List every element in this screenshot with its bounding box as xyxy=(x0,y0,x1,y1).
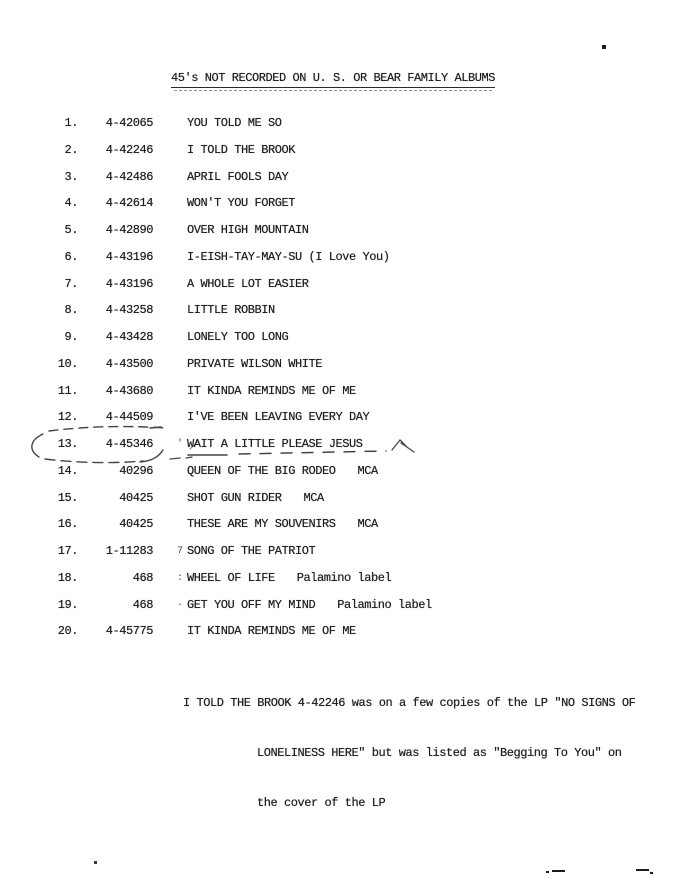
record-row: 18.468:WHEEL OF LIFEPalamino label xyxy=(0,567,678,594)
page-title: 45's NOT RECORDED ON U. S. OR BEAR FAMIL… xyxy=(171,71,495,88)
item-number: 1. xyxy=(0,116,78,139)
song-title: QUEEN OF THE BIG RODEO xyxy=(187,464,336,478)
item-number: 7. xyxy=(0,277,78,300)
catalog-number: 4-44509 xyxy=(78,410,153,433)
item-number: 4. xyxy=(0,196,78,219)
stray-mark: · xyxy=(177,599,183,613)
item-number: 11. xyxy=(0,384,78,407)
record-row: 20.4-45775IT KINDA REMINDS ME OF ME xyxy=(0,620,678,647)
record-list: 1.4-42065YOU TOLD ME SO 2.4-42246I TOLD … xyxy=(0,112,678,647)
catalog-number: 468 xyxy=(78,571,153,594)
song-title: IT KINDA REMINDS ME OF ME xyxy=(187,624,356,638)
song-title: GET YOU OFF MY MIND xyxy=(187,598,315,612)
catalog-number: 4-43258 xyxy=(78,303,153,326)
footnote: I TOLD THE BROOK 4-42246 was on a few co… xyxy=(183,661,635,846)
item-number: 8. xyxy=(0,303,78,326)
scan-artifact-dash xyxy=(636,869,649,871)
label-note: Palamino label xyxy=(297,571,392,585)
catalog-number: 4-45346 xyxy=(78,437,153,460)
catalog-number: 4-43500 xyxy=(78,357,153,380)
song-title: YOU TOLD ME SO xyxy=(187,116,282,130)
label-note: MCA xyxy=(358,517,378,531)
item-number: 13. xyxy=(0,437,78,460)
item-number: 2. xyxy=(0,143,78,166)
catalog-number: 4-45775 xyxy=(78,624,153,647)
catalog-number: 4-43196 xyxy=(78,277,153,300)
item-number: 20. xyxy=(0,624,78,647)
song-title: OVER HIGH MOUNTAIN xyxy=(187,223,309,237)
catalog-number: 4-43680 xyxy=(78,384,153,407)
stray-mark: : xyxy=(177,572,183,586)
catalog-number: 4-42890 xyxy=(78,223,153,246)
scanned-document-page: 45's NOT RECORDED ON U. S. OR BEAR FAMIL… xyxy=(0,0,678,880)
catalog-number: 40425 xyxy=(78,491,153,514)
record-row: 9.4-43428LONELY TOO LONG xyxy=(0,326,678,353)
song-title: WHEEL OF LIFE xyxy=(187,571,275,585)
record-row: 3.4-42486APRIL FOOLS DAY xyxy=(0,166,678,193)
footnote-line: LONELINESS HERE" but was listed as "Begg… xyxy=(183,745,635,762)
footnote-line: I TOLD THE BROOK 4-42246 was on a few co… xyxy=(183,695,635,712)
stray-mark: ' xyxy=(177,438,183,452)
record-row: 17.1-112837SONG OF THE PATRIOT xyxy=(0,540,678,567)
record-row: 2.4-42246I TOLD THE BROOK xyxy=(0,139,678,166)
label-note: MCA xyxy=(358,464,378,478)
title-underline-artifact xyxy=(174,90,492,91)
song-title: I-EISH-TAY-MAY-SU (I Love You) xyxy=(187,250,390,264)
song-title: LONELY TOO LONG xyxy=(187,330,288,344)
song-title: I'VE BEEN LEAVING EVERY DAY xyxy=(187,410,369,424)
song-title: A WHOLE LOT EASIER xyxy=(187,277,309,291)
song-title: SONG OF THE PATRIOT xyxy=(187,544,315,558)
stray-mark: 7 xyxy=(177,545,183,559)
catalog-number: 1-11283 xyxy=(78,544,153,567)
record-row: 19.468·GET YOU OFF MY MINDPalamino label xyxy=(0,594,678,621)
footnote-line: the cover of the LP xyxy=(183,795,635,812)
catalog-number: 4-42246 xyxy=(78,143,153,166)
catalog-number: 40296 xyxy=(78,464,153,487)
record-row: 12.4-44509I'VE BEEN LEAVING EVERY DAY xyxy=(0,406,678,433)
song-title: IT KINDA REMINDS ME OF ME xyxy=(187,384,356,398)
song-title: APRIL FOOLS DAY xyxy=(187,170,288,184)
catalog-number: 4-43196 xyxy=(78,250,153,273)
item-number: 18. xyxy=(0,571,78,594)
song-title: I TOLD THE BROOK xyxy=(187,143,295,157)
scan-artifact-dash xyxy=(546,871,549,873)
record-row: 10.4-43500PRIVATE WILSON WHITE xyxy=(0,353,678,380)
song-title: SHOT GUN RIDER xyxy=(187,491,282,505)
item-number: 5. xyxy=(0,223,78,246)
item-number: 10. xyxy=(0,357,78,380)
item-number: 9. xyxy=(0,330,78,353)
record-row: 15.40425SHOT GUN RIDERMCA xyxy=(0,487,678,514)
record-row: 5.4-42890OVER HIGH MOUNTAIN xyxy=(0,219,678,246)
record-row: 8.4-43258LITTLE ROBBIN xyxy=(0,299,678,326)
catalog-number: 468 xyxy=(78,598,153,621)
item-number: 17. xyxy=(0,544,78,567)
song-title: PRIVATE WILSON WHITE xyxy=(187,357,322,371)
item-number: 19. xyxy=(0,598,78,621)
item-number: 14. xyxy=(0,464,78,487)
song-title: WAIT A LITTLE PLEASE JESUS xyxy=(187,437,363,451)
item-number: 15. xyxy=(0,491,78,514)
record-row: 7.4-43196A WHOLE LOT EASIER xyxy=(0,273,678,300)
catalog-number: 4-42614 xyxy=(78,196,153,219)
item-number: 12. xyxy=(0,410,78,433)
catalog-number: 4-43428 xyxy=(78,330,153,353)
scan-artifact-dot xyxy=(94,861,97,864)
record-row: 1.4-42065YOU TOLD ME SO xyxy=(0,112,678,139)
item-number: 6. xyxy=(0,250,78,273)
record-row: 11.4-43680IT KINDA REMINDS ME OF ME xyxy=(0,380,678,407)
song-title: LITTLE ROBBIN xyxy=(187,303,275,317)
scan-artifact-dash xyxy=(552,870,565,872)
catalog-number: 40425 xyxy=(78,517,153,540)
label-note: Palamino label xyxy=(337,598,432,612)
item-number: 16. xyxy=(0,517,78,540)
catalog-number: 4-42065 xyxy=(78,116,153,139)
label-note: MCA xyxy=(304,491,324,505)
record-row: 4.4-42614WON'T YOU FORGET xyxy=(0,192,678,219)
record-row-circled: 13.4-45346'WAIT A LITTLE PLEASE JESUS xyxy=(0,433,678,460)
catalog-number: 4-42486 xyxy=(78,170,153,193)
record-row: 16.40425THESE ARE MY SOUVENIRSMCA xyxy=(0,513,678,540)
item-number: 3. xyxy=(0,170,78,193)
song-title: WON'T YOU FORGET xyxy=(187,196,295,210)
scan-artifact-dash xyxy=(650,872,653,874)
record-row: 6.4-43196I-EISH-TAY-MAY-SU (I Love You) xyxy=(0,246,678,273)
song-title: THESE ARE MY SOUVENIRS xyxy=(187,517,336,531)
scan-artifact-dot xyxy=(602,45,606,49)
record-row: 14.40296QUEEN OF THE BIG RODEOMCA xyxy=(0,460,678,487)
